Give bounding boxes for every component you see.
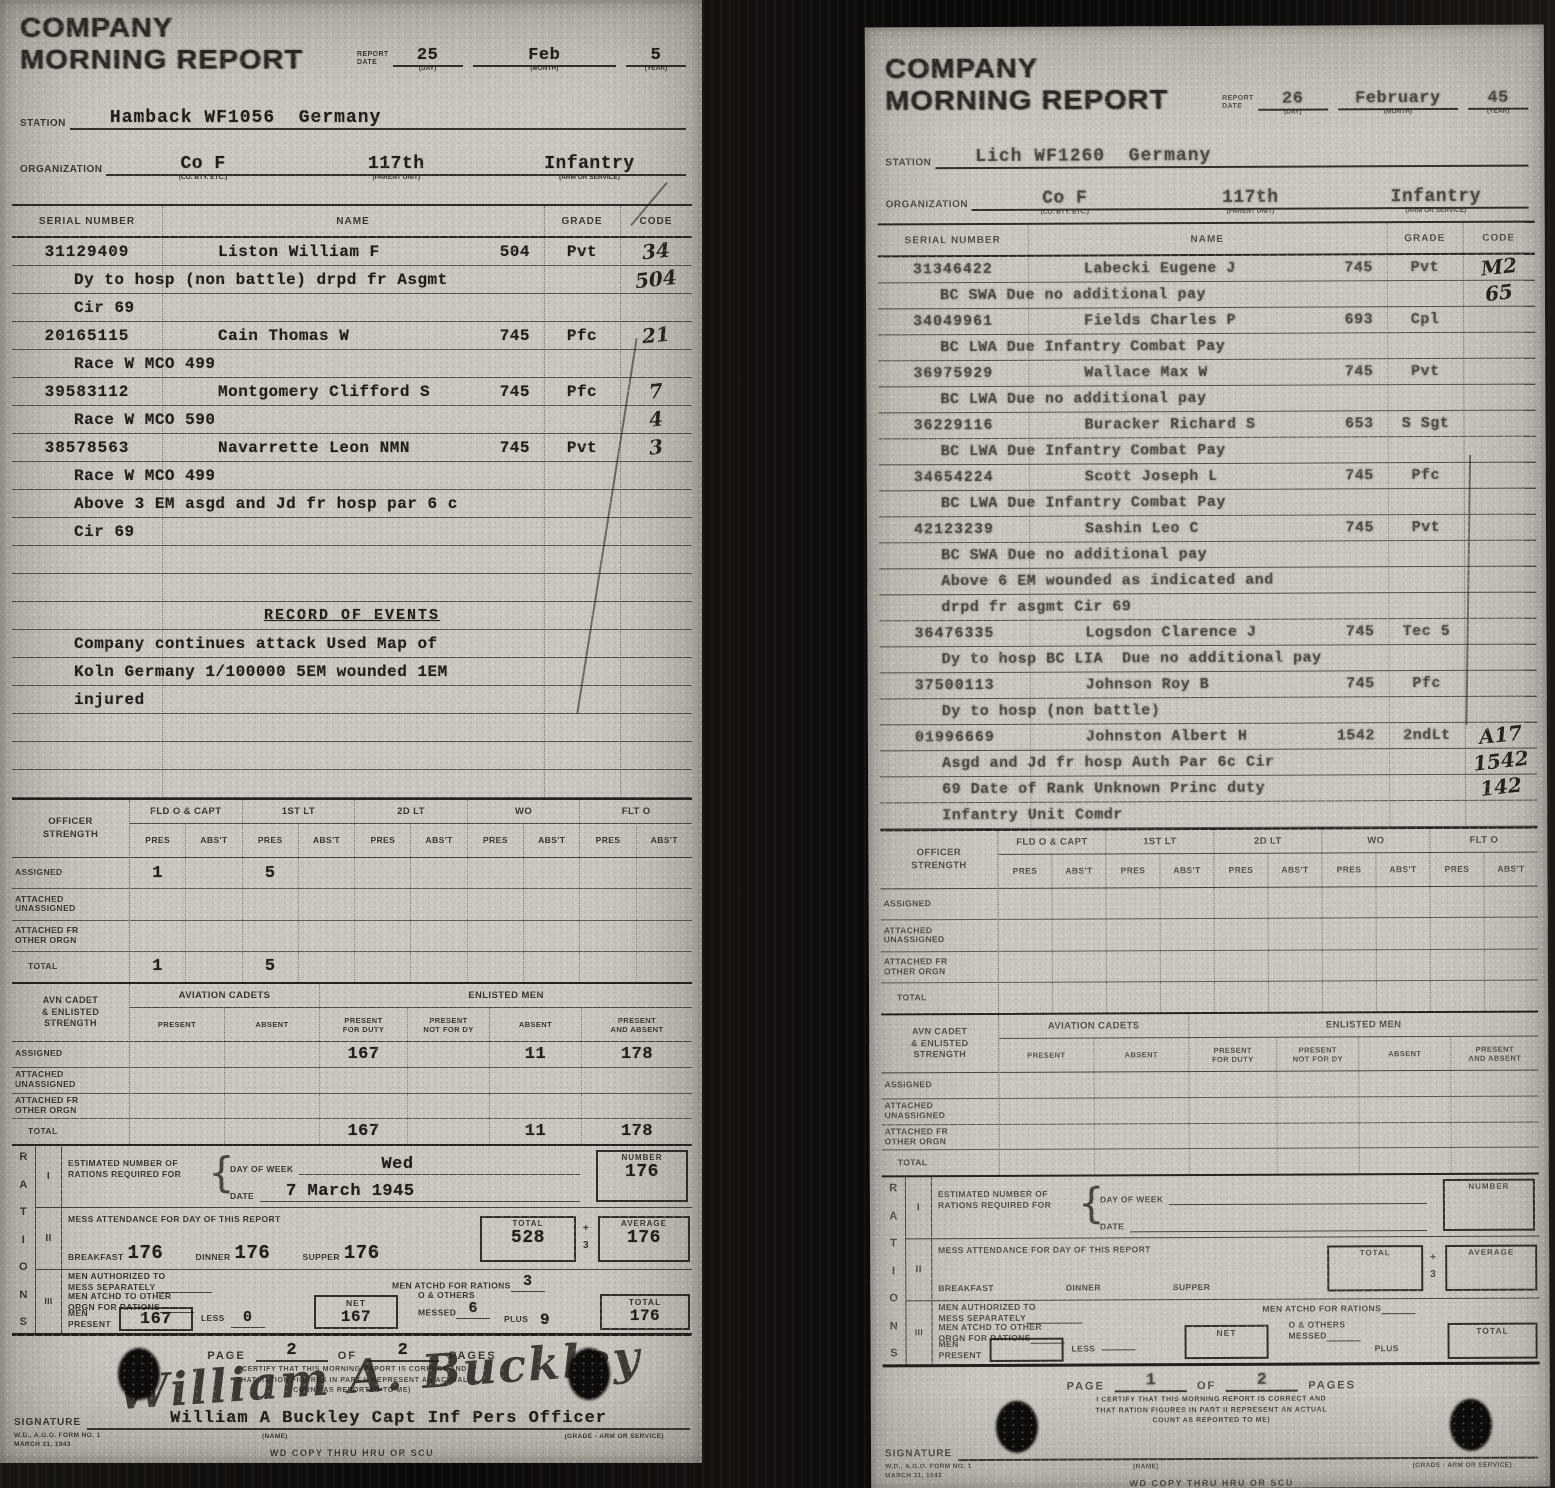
officer-cell	[186, 858, 242, 888]
rations-grand-total-box: TOTAL	[1447, 1323, 1537, 1359]
organization-part-0: Co F(CO. BTY. ETC.)	[106, 152, 299, 174]
enlisted-cell	[999, 1098, 1094, 1123]
roster-row: 69 Date of Rank Unknown Princ duty142	[880, 775, 1537, 804]
enlisted-cell	[490, 1094, 582, 1119]
page-line: PAGE1OF2PAGES	[883, 1365, 1540, 1394]
enlisted-cell	[1277, 1097, 1359, 1122]
enlisted-cell	[320, 1068, 408, 1093]
enlisted-cell	[1451, 1096, 1538, 1121]
report-date-month-value: Feb	[528, 46, 560, 65]
organization-part-1-value: 117th	[1222, 188, 1279, 208]
officer-value: 1	[152, 957, 163, 976]
officer-cell	[355, 858, 411, 888]
station-label: STATION	[885, 157, 931, 169]
plus-label: PLUS	[504, 1314, 528, 1325]
roster-name: Johnston Albert H	[1030, 728, 1248, 746]
form-title: COMPANYMORNING REPORT	[20, 12, 303, 77]
officer-data-row: 15	[130, 858, 692, 889]
roster-row	[12, 714, 692, 742]
form-revision-date: MARCH 31, 1943	[14, 1441, 690, 1450]
roster-code-handwritten: 504	[634, 266, 678, 290]
enlisted-cell	[1451, 1071, 1538, 1096]
enlisted-cell	[1095, 1124, 1190, 1149]
officer-strength-label-column: OFFICER STRENGTHASSIGNEDATTACHED UNASSIG…	[880, 831, 999, 1014]
grade-caption: (GRADE - ARM OR SERVICE)	[1413, 1462, 1513, 1471]
officer-subheader: PRES	[1214, 854, 1268, 887]
roster-row: 36229116Buracker Richard S653S Sgt	[878, 411, 1535, 440]
officer-row-label: TOTAL	[12, 952, 129, 982]
roster-row: BC SWA Due no additional pay	[879, 541, 1536, 570]
rations-number-box-value: 176	[598, 1162, 686, 1184]
officer-cell	[130, 921, 186, 951]
roster-remark: Cir 69	[12, 299, 620, 317]
report-date-day: 25(DAY)	[393, 46, 463, 67]
enlisted-cell	[490, 1068, 582, 1093]
divide-plus: +	[579, 1220, 593, 1237]
officer-cell	[355, 952, 411, 982]
officer-cell	[299, 858, 355, 888]
roster-remark: Koln Germany 1/100000 5EM wounded 1EM	[12, 663, 620, 681]
roster-serial-number: 20165115	[12, 327, 162, 345]
enlisted-subheader-row: PRESENTABSENTPRESENT FOR DUTYPRESENT NOT…	[130, 1008, 692, 1042]
rations-letter: A	[889, 1210, 897, 1222]
form-title-line2: MORNING REPORT	[885, 86, 1168, 117]
enlisted-data-row	[130, 1068, 692, 1094]
mess-total-box-value: 528	[482, 1228, 574, 1250]
enlisted-data-row	[1000, 1148, 1539, 1175]
enlisted-row-label: ATTACHED UNASSIGNED	[881, 1099, 998, 1125]
officer-cell	[411, 952, 467, 982]
station-label: STATION	[20, 118, 66, 130]
officer-cell	[1215, 919, 1269, 949]
enlisted-subheader: ABSENT	[1359, 1037, 1451, 1070]
officer-cell	[186, 889, 242, 919]
date-value: 7 March 1945	[286, 1182, 414, 1201]
rations-part-2: IIMESS ATTENDANCE FOR DAY OF THIS REPORT…	[36, 1208, 692, 1270]
roster-row: Dy to hosp (non battle) drpd fr Asgmt504	[12, 266, 692, 294]
roster-name: Wallace Max W	[1028, 364, 1208, 382]
roster-row: 36975929Wallace Max W745Pvt	[878, 359, 1535, 388]
roster-serial-number: 36975929	[878, 365, 1028, 383]
officer-row-label: ATTACHED FR OTHER ORGN	[12, 921, 129, 952]
roster-code-cell: 7	[620, 381, 692, 403]
roster-row: Asgd and Jd fr hosp Auth Par 6c Cir1542	[880, 749, 1537, 778]
enlisted-subheader: ABSENT	[1094, 1038, 1189, 1071]
roster-remark: BC LWA Due Infantry Combat Pay	[878, 337, 1463, 357]
enlisted-cell	[130, 1042, 225, 1067]
report-date-label: REPORTDATE	[357, 51, 389, 67]
officer-subheader: PRES	[580, 824, 636, 857]
officer-cell	[1377, 981, 1431, 1011]
officer-cell	[1053, 920, 1107, 950]
officer-subheader: ABS'T	[299, 824, 355, 857]
enlisted-cell	[1094, 1072, 1189, 1097]
officer-cell	[1323, 950, 1377, 980]
officer-cell	[468, 889, 524, 919]
average-box-label: AVERAGE	[1447, 1247, 1535, 1257]
roster-name: Labecki Eugene J	[1028, 260, 1236, 278]
enlisted-cell: 11	[490, 1119, 582, 1144]
form-header: COMPANYMORNING REPORTREPORTDATE25(DAY)Fe…	[12, 0, 692, 204]
certification-text: I CERTIFY THAT THIS MORNING REPORT IS CO…	[883, 1391, 1540, 1428]
punch-hole	[568, 1348, 610, 1400]
organization-part-2: Infantry(ARM OR SERVICE)	[493, 152, 686, 174]
officer-subheader: PRES	[355, 824, 411, 857]
station-value: Lich WF1260 Germany	[935, 146, 1211, 167]
roster-mos-number: 745	[1345, 519, 1388, 536]
officer-cell	[999, 982, 1053, 1012]
officer-cell	[1053, 951, 1107, 981]
enlisted-row-label: TOTAL	[12, 1119, 129, 1144]
estimated-rations-label: ESTIMATED NUMBER OF RATIONS REQUIRED FOR	[938, 1189, 1051, 1212]
enlisted-subheader: PRESENT AND ABSENT	[582, 1008, 692, 1041]
roster-grade: Pvt	[1388, 519, 1464, 536]
roster-name: Logsdon Clarence J	[1029, 624, 1256, 642]
form-content: COMPANYMORNING REPORTREPORTDATE26(DAY)Fe…	[865, 25, 1550, 1488]
enlisted-cell	[1359, 1071, 1451, 1096]
rations-part-3-body: MEN AUTHORIZED TO MESS SEPARATELYMEN ATC…	[62, 1270, 692, 1333]
report-date-year-caption: (YEAR)	[1468, 108, 1528, 115]
date-line: DATE	[1100, 1204, 1427, 1232]
plus-value: 9	[540, 1311, 550, 1329]
rations-letter: T	[20, 1206, 27, 1218]
roster-row: 42123239Sashin Leo C745Pvt	[879, 515, 1536, 544]
roster-row: 37500113Johnson Roy B745Pfc	[880, 671, 1537, 700]
officer-cell	[1107, 888, 1161, 918]
enlisted-cell: 178	[582, 1119, 692, 1144]
enlisted-cell	[1278, 1149, 1360, 1174]
roster-serial-number: 31346422	[878, 261, 1028, 279]
enlisted-value: 178	[621, 1122, 653, 1141]
report-date-day-value: 26	[1282, 90, 1303, 109]
rations-part-3: IIIMEN AUTHORIZED TO MESS SEPARATELYMEN …	[906, 1299, 1539, 1365]
atchd-for-rations-label: MEN ATCHD FOR RATIONS	[1262, 1303, 1415, 1315]
roster-row: 34049961Fields Charles P693Cpl	[878, 307, 1535, 336]
mess-attendance-label: MESS ATTENDANCE FOR DAY OF THIS REPORT	[938, 1244, 1151, 1255]
officer-cell	[1269, 919, 1323, 949]
dinner-label: DINNER	[1066, 1282, 1101, 1294]
roster-row: BC LWA Due no additional pay	[878, 385, 1535, 414]
roster-header-row: SERIAL NUMBERNAMEGRADECODE	[12, 206, 692, 238]
roster-remark: BC LWA Due no additional pay	[878, 389, 1463, 409]
enlisted-subheader: PRESENT NOT FOR DY	[408, 1008, 490, 1041]
officer-cell	[411, 889, 467, 919]
net-box-value: 167	[316, 1309, 396, 1325]
rations-letter: S	[890, 1347, 898, 1359]
rations-letter: N	[890, 1320, 898, 1332]
enlisted-cell	[999, 1072, 1094, 1097]
roster-code-cell: 21	[620, 325, 692, 347]
roster-code-handwritten: 34	[641, 239, 671, 262]
officer-group-header: 2D LT	[1214, 829, 1322, 852]
roster-mos-number: 745	[500, 439, 544, 457]
roster-grade: Pvt	[544, 439, 620, 457]
officer-cell	[1485, 887, 1538, 917]
men-present-box	[989, 1338, 1063, 1362]
rations-letter: I	[22, 1234, 25, 1246]
officer-cell	[1323, 981, 1377, 1011]
organization-part-0-value: Co F	[1042, 189, 1087, 209]
officer-cell	[524, 858, 580, 888]
organization-part-2: Infantry(ARM OR SERVICE)	[1343, 185, 1529, 208]
report-date-month-caption: (MONTH)	[1338, 108, 1458, 116]
roster-mos-number: 745	[500, 383, 544, 401]
officer-subheader: ABS'T	[411, 824, 467, 857]
organization-label: ORGANIZATION	[886, 199, 969, 211]
roster-row: BC SWA Due no additional pay65	[878, 281, 1535, 310]
roster-remark: Dy to hosp BC LIA Due no additional pay	[880, 649, 1465, 669]
officer-cell	[999, 920, 1053, 950]
report-date-day-value: 25	[417, 46, 438, 65]
officer-strength-corner: OFFICER STRENGTH	[880, 831, 997, 890]
officer-subheader: PRES	[130, 824, 186, 857]
officer-cell	[1431, 887, 1485, 917]
officer-cell	[999, 951, 1053, 981]
officer-subheader: PRES	[1106, 854, 1160, 887]
report-date-month-value: February	[1355, 89, 1441, 108]
officer-strength-corner: OFFICER STRENGTH	[12, 800, 129, 858]
officer-cell	[1377, 918, 1431, 948]
roster-name-cell: Johnston Albert H1542	[1030, 727, 1389, 746]
enlisted-row-label: ASSIGNED	[12, 1042, 129, 1068]
roster-grade: Pvt	[544, 243, 620, 261]
officer-cell	[1269, 950, 1323, 980]
roster-mos-number: 1542	[1337, 727, 1389, 744]
officer-strength-grid: FLD O & CAPT1ST LT2D LTWOFLT OPRESABS'TP…	[130, 800, 692, 982]
enlisted-group-row: AVIATION CADETSENLISTED MEN	[999, 1013, 1538, 1039]
enlisted-strength-grid: AVIATION CADETSENLISTED MENPRESENTABSENT…	[130, 984, 692, 1144]
officer-cell	[299, 921, 355, 951]
rations-part-1: IESTIMATED NUMBER OF RATIONS REQUIRED FO…	[906, 1175, 1539, 1240]
rations-roman-2: II	[36, 1208, 62, 1269]
roster-code-cell: 34	[620, 241, 692, 263]
less-value: 0	[231, 1310, 265, 1328]
enlisted-cell	[408, 1119, 490, 1144]
enlisted-row-label: ATTACHED FR OTHER ORGN	[882, 1124, 999, 1150]
net-box-label: NET	[1186, 1327, 1266, 1339]
grade-caption: (GRADE - ARM OR SERVICE)	[564, 1433, 664, 1442]
enlisted-cell	[225, 1094, 320, 1119]
date-underline	[1130, 1230, 1427, 1232]
officer-group-row: FLD O & CAPT1ST LT2D LTWOFLT O	[130, 800, 692, 824]
roster-name: Navarrette Leon NMN	[162, 439, 410, 457]
morning-report-page-right: COMPANYMORNING REPORTREPORTDATE26(DAY)Fe…	[865, 25, 1550, 1488]
rations-section: RATIONSIESTIMATED NUMBER OF RATIONS REQU…	[882, 1175, 1540, 1368]
report-date-row: REPORTDATE26(DAY)February(MONTH)45(YEAR)	[1222, 89, 1528, 111]
organization-row: ORGANIZATIONCo F(CO. BTY. ETC.)117th(PAR…	[886, 185, 1529, 212]
atchd-for-rations-value	[1381, 1313, 1415, 1314]
officer-subheader: PRES	[1430, 853, 1484, 886]
dinner-value: 176	[235, 1242, 279, 1264]
officer-value: 5	[265, 864, 276, 883]
officer-subheader: PRES	[1322, 853, 1376, 886]
rations-roman-1: I	[906, 1177, 932, 1238]
report-date-month-caption: (MONTH)	[473, 65, 616, 72]
enlisted-cell	[1359, 1097, 1451, 1122]
officer-subheader: ABS'T	[637, 824, 692, 857]
officer-cell	[1485, 980, 1538, 1010]
roster-name: Montgomery Clifford S	[162, 383, 430, 401]
punch-hole	[996, 1401, 1038, 1453]
organization-part-1: 117th(PARENT UNIT)	[300, 152, 493, 174]
officer-group-header: FLT O	[580, 800, 692, 823]
roster-row: 31346422Labecki Eugene J745PvtM2	[878, 255, 1535, 284]
report-date-year-caption: (YEAR)	[626, 65, 686, 72]
roster-serial-number: 39583112	[12, 383, 162, 401]
roster-row: Race W MCO 5904	[12, 406, 692, 434]
roster-name: Scott Joseph L	[1029, 468, 1218, 486]
officer-group-header: FLT O	[1430, 829, 1537, 852]
less-label: LESS	[201, 1313, 225, 1324]
officer-cell	[243, 889, 299, 919]
enlisted-data-row	[130, 1094, 692, 1120]
roster-code-handwritten: 1542	[1472, 748, 1530, 774]
roster-name-cell: Cain Thomas W745	[162, 327, 544, 345]
roster-row: Koln Germany 1/100000 5EM wounded 1EM	[12, 658, 692, 686]
rations-section: RATIONSIESTIMATED NUMBER OF RATIONS REQU…	[12, 1146, 692, 1336]
officer-cell	[1053, 888, 1107, 918]
officer-cell	[580, 921, 636, 951]
enlisted-row-label: ASSIGNED	[881, 1073, 998, 1099]
morning-report-page-left: COMPANYMORNING REPORTREPORTDATE25(DAY)Fe…	[0, 0, 702, 1463]
rations-part-3-body: MEN AUTHORIZED TO MESS SEPARATELYMEN ATC…	[932, 1299, 1539, 1365]
officer-cell	[524, 952, 580, 982]
officer-cell	[1485, 949, 1538, 979]
officer-cell	[1377, 950, 1431, 980]
roster-remark: BC SWA Due no additional pay	[879, 545, 1464, 565]
roster-row: 38578563Navarrette Leon NMN745Pvt3	[12, 434, 692, 462]
enlisted-cell	[1189, 1072, 1277, 1097]
divide-three: 3	[579, 1237, 593, 1254]
enlisted-cell	[1360, 1122, 1452, 1147]
organization-label: ORGANIZATION	[20, 164, 102, 176]
officer-cell	[580, 952, 636, 982]
officer-cell	[637, 952, 692, 982]
report-date-day-caption: (DAY)	[1258, 108, 1328, 115]
officer-data-row	[999, 918, 1538, 952]
officer-cell	[1107, 982, 1161, 1012]
organization-part-1-caption: (PARENT UNIT)	[1158, 207, 1344, 215]
officer-cell	[637, 921, 692, 951]
roster-remark: BC SWA Due no additional pay	[878, 285, 1463, 305]
roster-serial-number: 01996669	[880, 729, 1030, 747]
station-value: Hamback WF1056 Germany	[70, 108, 381, 128]
officer-cell	[999, 889, 1053, 919]
enlisted-value: 178	[621, 1045, 653, 1064]
date-underline: 7 March 1945	[260, 1182, 580, 1202]
men-present-row: MEN PRESENT167LESS0	[68, 1307, 265, 1331]
roster-code-cell: 3	[620, 437, 692, 459]
form-title-line1: COMPANY	[20, 13, 303, 43]
men-present-row: MEN PRESENTLESS	[939, 1337, 1136, 1362]
signature-label: SIGNATURE	[885, 1448, 952, 1461]
rations-part-3: IIIMEN AUTHORIZED TO MESS SEPARATELYMEN …	[36, 1270, 692, 1333]
roster-row: Cir 69	[12, 294, 692, 322]
page-number-underline: 1	[1115, 1371, 1187, 1392]
roster-row: BC LWA Due Infantry Combat Pay	[879, 489, 1536, 518]
rations-letter: O	[19, 1261, 28, 1273]
aviation-cadets-group-header: AVIATION CADETS	[130, 984, 320, 1007]
officer-data-row	[999, 949, 1538, 983]
organization-line: Co F(CO. BTY. ETC.)117th(PARENT UNIT)Inf…	[972, 185, 1529, 211]
station-line: Hamback WF1056 Germany	[70, 108, 686, 130]
roster-name: Johnson Roy B	[1030, 676, 1210, 694]
officer-cell	[186, 921, 242, 951]
enlisted-value: 11	[525, 1045, 546, 1064]
roster-row: drpd fr asgmt Cir 69	[879, 593, 1536, 622]
average-box-label: AVERAGE	[600, 1218, 688, 1228]
enlisted-cell	[408, 1094, 490, 1119]
page-label: PAGE	[1067, 1380, 1105, 1392]
day-of-week-underline: Wed	[299, 1155, 580, 1175]
roster-header-row: SERIAL NUMBERNAMEGRADECODE	[878, 223, 1535, 258]
name-caption: (NAME)	[262, 1433, 288, 1442]
page-total: 2	[1257, 1371, 1268, 1390]
rations-roman-3: III	[906, 1301, 932, 1364]
officer-group-header: FLD O & CAPT	[130, 800, 243, 823]
enlisted-cell: 167	[320, 1042, 408, 1067]
enlisted-value: 167	[347, 1045, 379, 1064]
roster-header-serial-number: SERIAL NUMBER	[878, 234, 1028, 246]
divide-by-three: +3	[579, 1220, 593, 1254]
roster-name-cell: Navarrette Leon NMN745	[162, 439, 544, 457]
roster-row: Above 3 EM asgd and Jd fr hosp par 6 c	[12, 490, 692, 518]
roster-row: Dy to hosp BC LIA Due no additional pay	[880, 645, 1537, 674]
roster-remark: Company continues attack Used Map of	[12, 635, 620, 653]
roster-mos-number: 745	[1345, 363, 1388, 380]
enlisted-cell	[1360, 1148, 1452, 1173]
organization-part-2-value: Infantry	[544, 154, 634, 174]
plus-label: PLUS	[1375, 1343, 1399, 1354]
officer-cell	[243, 921, 299, 951]
date-label: DATE	[1100, 1221, 1124, 1232]
mess-attendance-label: MESS ATTENDANCE FOR DAY OF THIS REPORT	[68, 1214, 281, 1224]
rations-letter: S	[20, 1316, 28, 1328]
officer-value: 5	[265, 957, 276, 976]
less-label: LESS	[1072, 1344, 1096, 1355]
enlisted-strength-grid: AVIATION CADETSENLISTED MENPRESENTABSENT…	[999, 1013, 1539, 1175]
roster-code-handwritten: 21	[641, 323, 671, 346]
breakfast-label: BREAKFAST	[68, 1252, 124, 1264]
officer-group-row: FLD O & CAPT1ST LT2D LTWOFLT O	[998, 829, 1537, 855]
station-row: STATIONHamback WF1056 Germany	[20, 108, 686, 130]
organization-part-1: 117th(PARENT UNIT)	[1157, 185, 1343, 208]
officer-group-header: 1ST LT	[1106, 830, 1214, 853]
roster-mos-number: 745	[1345, 467, 1388, 484]
roster-name-cell: Buracker Richard S653	[1029, 415, 1388, 434]
officer-cell	[580, 889, 636, 919]
officer-cell	[1269, 981, 1323, 1011]
roster-name: Liston William F	[162, 243, 380, 261]
enlisted-data-row	[999, 1071, 1538, 1099]
roster-serial-number: 42123239	[879, 521, 1029, 539]
officer-cell	[1323, 919, 1377, 949]
roster-row: 39583112Montgomery Clifford S745Pfc7	[12, 378, 692, 406]
organization-part-0-value: Co F	[180, 154, 225, 174]
roster-serial-number: 36476335	[879, 625, 1029, 643]
roster-row: 20165115Cain Thomas W745Pfc21	[12, 322, 692, 350]
officer-subheader: PRES	[243, 824, 299, 857]
atchd-for-rations-value: 3	[511, 1274, 545, 1292]
roster-grade: S Sgt	[1388, 415, 1464, 432]
officer-cell	[468, 921, 524, 951]
officer-row-label: ATTACHED UNASSIGNED	[12, 889, 129, 920]
enlisted-cell: 167	[320, 1119, 408, 1144]
roster-mos-number: 745	[1346, 623, 1389, 640]
day-of-week-label: DAY OF WEEK	[1100, 1194, 1164, 1205]
organization-part-2-caption: (ARM OR SERVICE)	[493, 174, 686, 181]
officer-cell	[1215, 888, 1269, 918]
